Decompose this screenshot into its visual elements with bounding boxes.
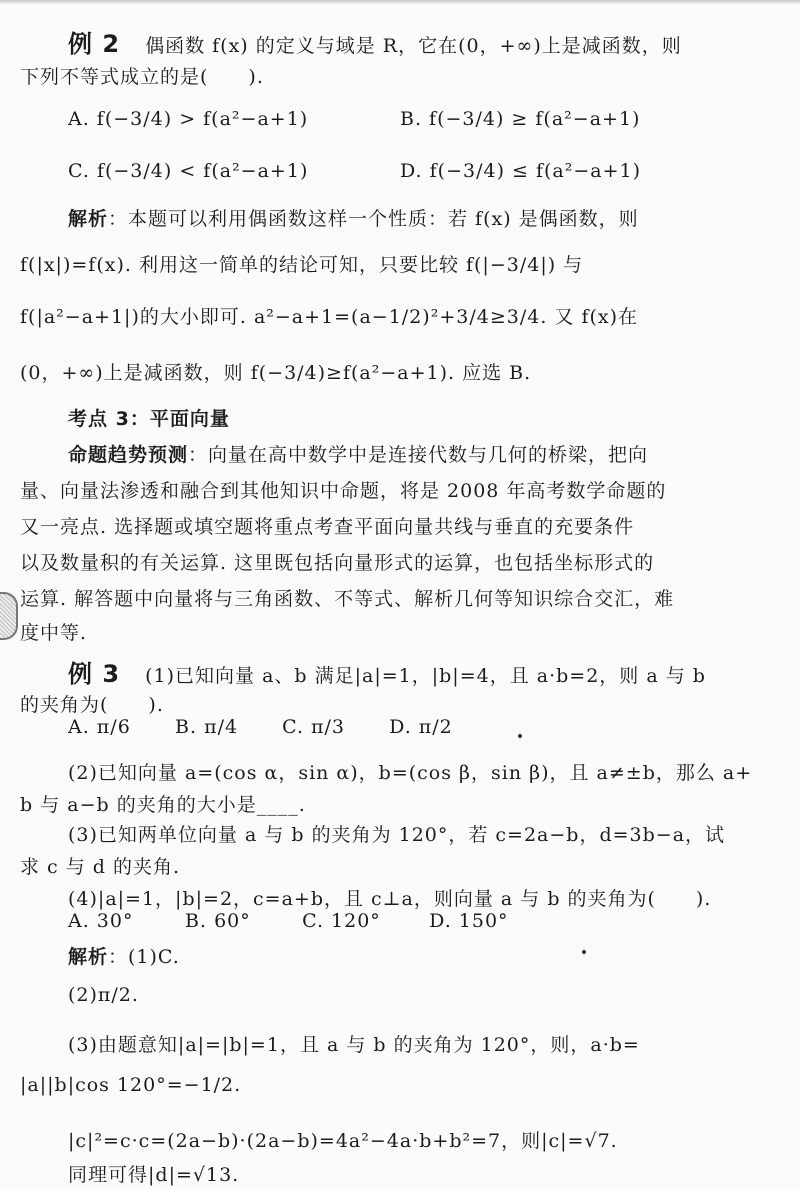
trend-text: ：向量在高中数学中是连接代数与几何的桥梁，把向 xyxy=(188,444,648,466)
example2-analysis-line1: 解析：本题可以利用偶函数这样一个性质：若 f(x) 是偶函数，则 xyxy=(68,204,639,231)
example2-option-a: A. f(−3/4) > f(a²−a+1) xyxy=(68,108,308,130)
example3-q4-options: A. 30° B. 60° C. 120° D. 150° xyxy=(68,910,539,932)
example2-question-text: 偶函数 f(x) 的定义与域是 R，它在(0，+∞)上是减函数，则 xyxy=(145,35,682,57)
example3-q3-line2: 求 c 与 d 的夹角. xyxy=(20,852,180,879)
q4-option-c: C. 120° xyxy=(302,910,422,932)
q1-option-b: B. π/4 xyxy=(175,716,275,738)
q4-option-b: B. 60° xyxy=(185,910,295,932)
example3-q3-line1: (3)已知两单位向量 a 与 b 的夹角为 120°，若 c=2a−b，d=3b… xyxy=(68,820,725,847)
answer-1: ：(1)C. xyxy=(108,946,180,968)
example2-option-c: C. f(−3/4) < f(a²−a+1) xyxy=(68,160,308,182)
q1-option-c: C. π/3 xyxy=(282,716,382,738)
example3-analysis-line1: 解析：(1)C. xyxy=(68,942,180,969)
example3-analysis-label: 解析 xyxy=(68,946,108,968)
q1-option-a: A. π/6 xyxy=(68,716,168,738)
example2-option-d: D. f(−3/4) ≤ f(a²−a+1) xyxy=(400,160,641,182)
example2-analysis-line4: (0，+∞)上是减函数，则 f(−3/4)≥f(a²−a+1). 应选 B. xyxy=(20,358,531,385)
print-speck xyxy=(518,734,522,738)
example3-q2-line2: b 与 a−b 的夹角的大小是____. xyxy=(20,790,306,817)
print-speck xyxy=(582,950,586,954)
answer-3-line2: |a||b|cos 120°=−1/2. xyxy=(20,1074,241,1096)
example3-q1-line2: 的夹角为( ). xyxy=(20,690,164,717)
answer-2: (2)π/2. xyxy=(68,984,139,1006)
example2-option-b: B. f(−3/4) ≥ f(a²−a+1) xyxy=(400,108,640,130)
example2-question-line1: 例 2 偶函数 f(x) 的定义与域是 R，它在(0，+∞)上是减函数，则 xyxy=(68,24,682,59)
example2-question-line2: 下列不等式成立的是( ). xyxy=(20,62,264,89)
example3-q2-line1: (2)已知向量 a=(cos α，sin α)，b=(cos β，sin β)，… xyxy=(68,758,752,785)
trend-line6: 度中等. xyxy=(20,618,87,645)
q4-option-d: D. 150° xyxy=(429,910,539,932)
trend-line2: 量、向量法渗透和融合到其他知识中命题，将是 2008 年高考数学命题的 xyxy=(20,476,666,503)
q4-option-a: A. 30° xyxy=(68,910,178,932)
page-tab-marker-icon xyxy=(0,592,18,640)
trend-line1: 命题趋势预测：向量在高中数学中是连接代数与几何的桥梁，把向 xyxy=(68,440,648,467)
section3-heading: 考点 3：平面向量 xyxy=(68,404,230,431)
example2-analysis-line3: f(|a²−a+1|)的大小即可. a²−a+1=(a−1/2)²+3/4≥3/… xyxy=(20,302,638,329)
answer-3-line4: 同理可得|d|=√13. xyxy=(68,1160,239,1187)
answer-3-line1: (3)由题意知|a|=|b|=1，且 a 与 b 的夹角为 120°，则，a·b… xyxy=(68,1030,640,1057)
trend-label: 命题趋势预测 xyxy=(68,444,188,466)
q1-option-d: D. π/2 xyxy=(389,716,489,738)
answer-3-line3: |c|²=c·c=(2a−b)·(2a−b)=4a²−4a·b+b²=7，则|c… xyxy=(68,1126,618,1153)
example3-q1-options: A. π/6 B. π/4 C. π/3 D. π/2 xyxy=(68,716,489,738)
analysis-label: 解析 xyxy=(68,208,108,230)
trend-line3: 又一亮点. 选择题或填空题将重点考查平面向量共线与垂直的充要条件 xyxy=(20,512,634,539)
example3-title: 例 3 xyxy=(68,660,120,688)
example2-analysis-line2: f(|x|)=f(x). 利用这一简单的结论可知，只要比较 f(|−3/4|) … xyxy=(20,250,583,277)
page-top-edge xyxy=(0,0,800,4)
trend-line5: 运算. 解答题中向量将与三角函数、不等式、解析几何等知识综合交汇，难 xyxy=(20,584,674,611)
example3-q4-line1: (4)|a|=1，|b|=2，c=a+b，且 c⊥a，则向量 a 与 b 的夹角… xyxy=(68,884,711,911)
analysis-text: ：本题可以利用偶函数这样一个性质：若 f(x) 是偶函数，则 xyxy=(108,208,639,230)
example2-title: 例 2 xyxy=(68,30,120,58)
example3-q1-text: (1)已知向量 a、b 满足|a|=1，|b|=4，且 a·b=2，则 a 与 … xyxy=(145,665,706,687)
example3-q1-line1: 例 3 (1)已知向量 a、b 满足|a|=1，|b|=4，且 a·b=2，则 … xyxy=(68,654,706,689)
trend-line4: 以及数量积的有关运算. 这里既包括向量形式的运算，也包括坐标形式的 xyxy=(20,548,654,575)
